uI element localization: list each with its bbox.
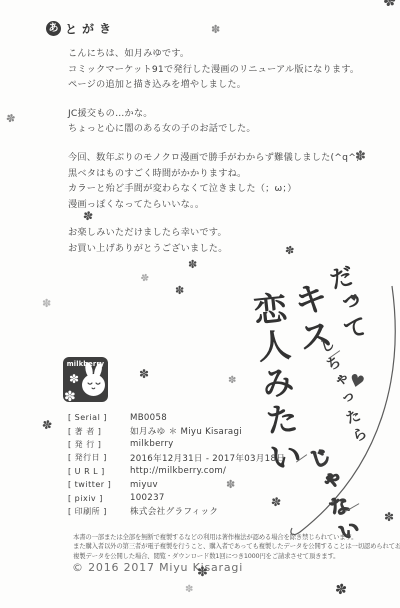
colophon-label: [ 印刷所 ]	[68, 506, 124, 517]
flower-icon: ✽	[211, 24, 220, 35]
colophon-row-twitter: [ twitter ] miyuv	[68, 478, 328, 491]
heart-icon: ♥	[349, 294, 359, 304]
colophon-row-pubdate: [ 発行日 ] 2016年12月31日 - 2017年03月18日	[68, 451, 328, 464]
page-heading: あ とがき	[46, 20, 116, 37]
colophon-row-url: [ U R L ] http://milkberry.com/	[68, 465, 328, 478]
colophon-value: 如月みゆ ＊ Miyu Kisaragi	[130, 425, 242, 437]
colophon-label: [ Serial ]	[68, 413, 124, 422]
milkberry-logo: milkberry ✽ ✽	[63, 357, 108, 402]
atogaki-badge-icon: あ	[46, 21, 61, 36]
colophon-label: [ U R L ]	[68, 467, 124, 476]
flower-icon: ✽	[69, 372, 79, 386]
colophon-label: [ 著 者 ]	[68, 426, 124, 437]
text-line: カラーと殆ど手間が変わらなくて泣きました（；ω；）	[68, 181, 368, 197]
flower-icon: ✽	[384, 511, 394, 523]
paragraph-greeting: こんにちは、如月みゆです。 コミックマーケット91で発行した漫画のリニューアル版…	[68, 46, 368, 93]
colophon: [ Serial ] MB0058 [ 著 者 ] 如月みゆ ＊ Miyu Ki…	[68, 411, 328, 518]
colophon-row-author: [ 著 者 ] 如月みゆ ＊ Miyu Kisaragi	[68, 424, 328, 437]
flower-icon: ✽	[139, 368, 149, 380]
colophon-value: milkberry	[130, 439, 174, 449]
flower-icon: ✽	[185, 585, 193, 595]
text-line: 漫画っぽくなってたらいいな。。	[68, 197, 368, 213]
legal-line: 本書の一部または全部を無断で複製するなどの利用は著作権法が認める場合を除き禁じら…	[73, 533, 393, 542]
text-line: ページの追加と描き込みを増やしました。	[68, 77, 368, 93]
copyright-line: © 2016 2017 Miyu Kisaragi	[72, 561, 243, 574]
colophon-row-printer: [ 印刷所 ] 株式会社グラフィック	[68, 505, 328, 518]
colophon-label: [ 発行日 ]	[68, 452, 124, 463]
colophon-value: 株式会社グラフィック	[130, 505, 218, 517]
colophon-label: [ twitter ]	[68, 480, 124, 489]
colophon-value: 100237	[130, 493, 165, 503]
colophon-row-serial: [ Serial ] MB0058	[68, 411, 328, 424]
legal-disclaimer: 本書の一部または全部を無断で複製するなどの利用は著作権法が認める場合を除き禁じら…	[73, 533, 393, 561]
colophon-value: miyuv	[130, 480, 158, 490]
afterword-page: あ とがき こんにちは、如月みゆです。 コミックマーケット91で発行した漫画のリ…	[0, 0, 400, 608]
text-line: ちょっと心に闇のある女の子のお話でした。	[68, 121, 368, 137]
heart-icon: ♥	[347, 372, 366, 392]
text-line: 今回、数年ぶりのモノクロ漫画で勝手がわからず難儀しました(^q^)	[68, 150, 368, 166]
flower-icon: ✽	[41, 418, 54, 432]
bunny-icon: ✽ ✽	[63, 357, 108, 402]
page-heading-text: とがき	[65, 20, 116, 38]
text-line: お買い上げありがとうございました。	[68, 241, 368, 257]
flower-icon: ✽	[175, 285, 184, 296]
text-line: こんにちは、如月みゆです。	[68, 46, 368, 62]
colophon-label: [ pixiv ]	[68, 494, 124, 503]
flower-icon: ✽	[64, 389, 76, 402]
colophon-value: 2016年12月31日 - 2017年03月18日	[130, 452, 285, 464]
legal-line: 複製データを公開した場合、閲覧・ダウンロード数1回につき1000円をご請求させて…	[73, 552, 393, 561]
flower-icon: ✽	[381, 0, 398, 11]
afterword-body: こんにちは、如月みゆです。 コミックマーケット91で発行した漫画のリニューアル版…	[68, 46, 368, 270]
text-line: JC援交もの…かな。	[68, 106, 368, 122]
flower-icon: ✽	[228, 376, 236, 386]
text-line: コミックマーケット91で発行した漫画のリニューアル版になります。	[68, 62, 368, 78]
colophon-value: http://milkberry.com/	[130, 466, 226, 476]
colophon-row-publisher: [ 発 行 ] milkberry	[68, 438, 328, 451]
flower-icon: ✽	[334, 582, 348, 598]
colophon-row-pixiv: [ pixiv ] 100237	[68, 491, 328, 504]
legal-line: また購入者以外の第三者が電子複製を行うこと、購入者であっても複製したデータを公開…	[73, 542, 393, 551]
text-line: お楽しみいただけましたら幸いです。	[68, 225, 368, 241]
colophon-label: [ 発 行 ]	[68, 439, 124, 450]
paragraph-story: JC援交もの…かな。 ちょっと心に闇のある女の子のお話でした。	[68, 106, 368, 137]
flower-icon: ✽	[42, 298, 51, 309]
paragraph-process: 今回、数年ぶりのモノクロ漫画で勝手がわからず難儀しました(^q^) 黒ベタはもの…	[68, 150, 368, 212]
text-line: 黒ベタはものすごく時間がかかりますね。	[68, 166, 368, 182]
flower-icon: ✽	[5, 112, 17, 125]
paragraph-thanks: お楽しみいただけましたら幸いです。 お買い上げありがとうございました。	[68, 225, 368, 256]
colophon-value: MB0058	[130, 413, 167, 423]
flower-icon: ✽	[139, 273, 150, 285]
